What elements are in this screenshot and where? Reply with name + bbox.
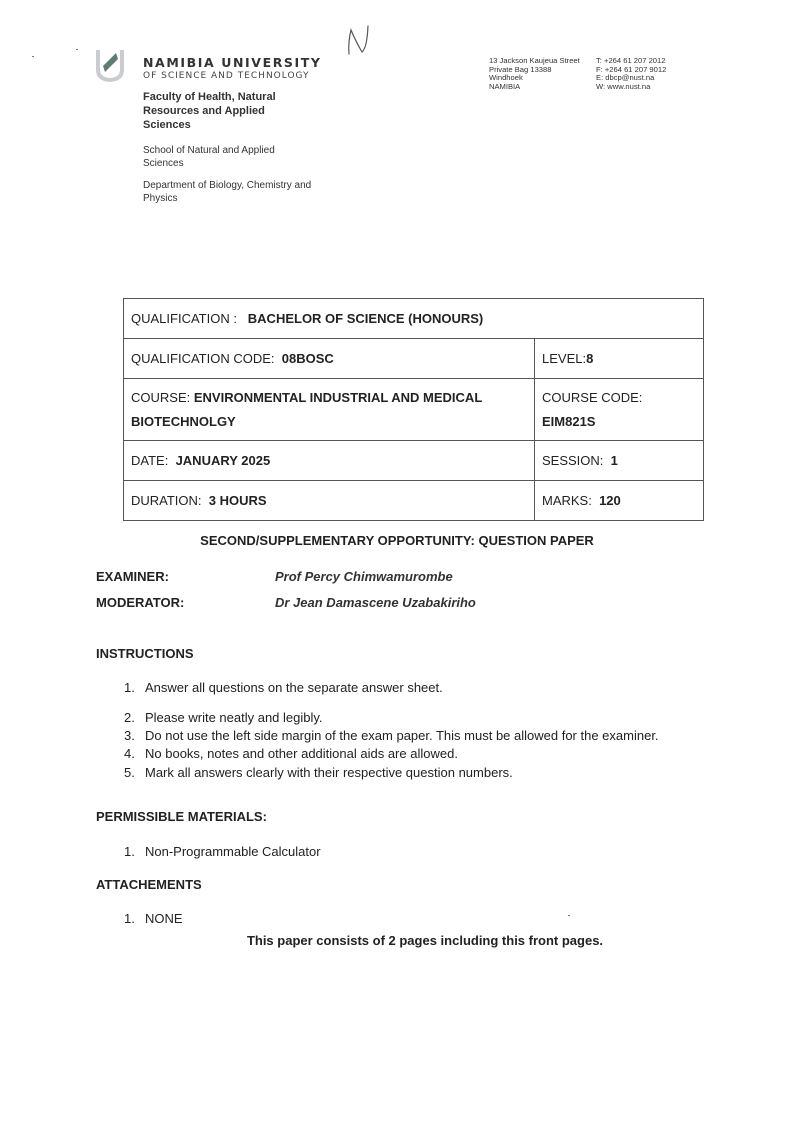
address-line: NAMIBIA: [489, 83, 580, 92]
instruction-item: 5.Mark all answers clearly with their re…: [124, 765, 513, 780]
examiner-name: Prof Percy Chimwamurombe: [275, 569, 453, 584]
course-cell: COURSE: ENVIRONMENTAL INDUSTRIAL AND MED…: [124, 379, 535, 441]
course-value-cont: BIOTECHNOLGY: [131, 414, 236, 429]
marks-value: 120: [599, 493, 621, 508]
moderator-name: Dr Jean Damascene Uzabakiriho: [275, 595, 476, 610]
qualification-cell: QUALIFICATION : BACHELOR OF SCIENCE (HON…: [124, 299, 704, 339]
address-block: 13 Jackson Kaujeua Street Private Bag 13…: [489, 57, 580, 91]
date-cell: DATE: JANUARY 2025: [124, 441, 535, 481]
session-cell: SESSION: 1: [535, 441, 704, 481]
attachments-heading: ATTACHEMENTS: [96, 877, 202, 892]
examiner-label: EXAMINER:: [96, 569, 169, 584]
material-item: 1.Non-Programmable Calculator: [124, 844, 321, 859]
date-value: JANUARY 2025: [176, 453, 271, 468]
session-value: 1: [611, 453, 618, 468]
website: W: www.nust.na: [596, 83, 666, 92]
qualification-code-cell: QUALIFICATION CODE: 08BOSC: [124, 339, 535, 379]
instruction-item: 2.Please write neatly and legibly.: [124, 710, 323, 725]
instruction-item: 3.Do not use the left side margin of the…: [124, 728, 659, 743]
page-count-note: This paper consists of 2 pages including…: [0, 933, 794, 948]
department-name: Department of Biology, Chemistry and Phy…: [143, 180, 313, 205]
handwritten-n-mark: [343, 22, 375, 56]
level-cell: LEVEL:8: [535, 339, 704, 379]
scan-speck: [76, 49, 78, 50]
level-value: 8: [586, 351, 593, 366]
contact-block: T: +264 61 207 2012 F: +264 61 207 9012 …: [596, 57, 666, 91]
exam-info-table: QUALIFICATION : BACHELOR OF SCIENCE (HON…: [123, 298, 704, 521]
duration-cell: DURATION: 3 HOURS: [124, 481, 535, 521]
qualification-code-value: 08BOSC: [282, 351, 334, 366]
university-name: NAMIBIA UNIVERSITY: [143, 55, 322, 70]
university-logo-icon: [95, 46, 125, 82]
scan-speck: [32, 56, 34, 57]
marks-cell: MARKS: 120: [535, 481, 704, 521]
moderator-label: MODERATOR:: [96, 595, 184, 610]
faculty-name: Faculty of Health, Natural Resources and…: [143, 90, 313, 132]
attachment-item: 1.NONE: [124, 911, 183, 926]
paper-type-title: SECOND/SUPPLEMENTARY OPPORTUNITY: QUESTI…: [0, 533, 794, 548]
permissible-materials-heading: PERMISSIBLE MATERIALS:: [96, 809, 267, 824]
university-subtitle: OF SCIENCE AND TECHNOLOGY: [143, 71, 310, 81]
instruction-item: 1.Answer all questions on the separate a…: [124, 680, 443, 695]
instructions-heading: INSTRUCTIONS: [96, 646, 194, 661]
course-code-cell: COURSE CODE: EIM821S: [535, 379, 704, 441]
instruction-item: 4.No books, notes and other additional a…: [124, 746, 458, 761]
course-value: ENVIRONMENTAL INDUSTRIAL AND MEDICAL: [194, 390, 482, 405]
qualification-value: BACHELOR OF SCIENCE (HONOURS): [248, 311, 483, 326]
duration-value: 3 HOURS: [209, 493, 267, 508]
school-name: School of Natural and Applied Sciences: [143, 145, 313, 170]
scan-speck: [568, 915, 570, 916]
course-code-value: EIM821S: [542, 414, 595, 429]
